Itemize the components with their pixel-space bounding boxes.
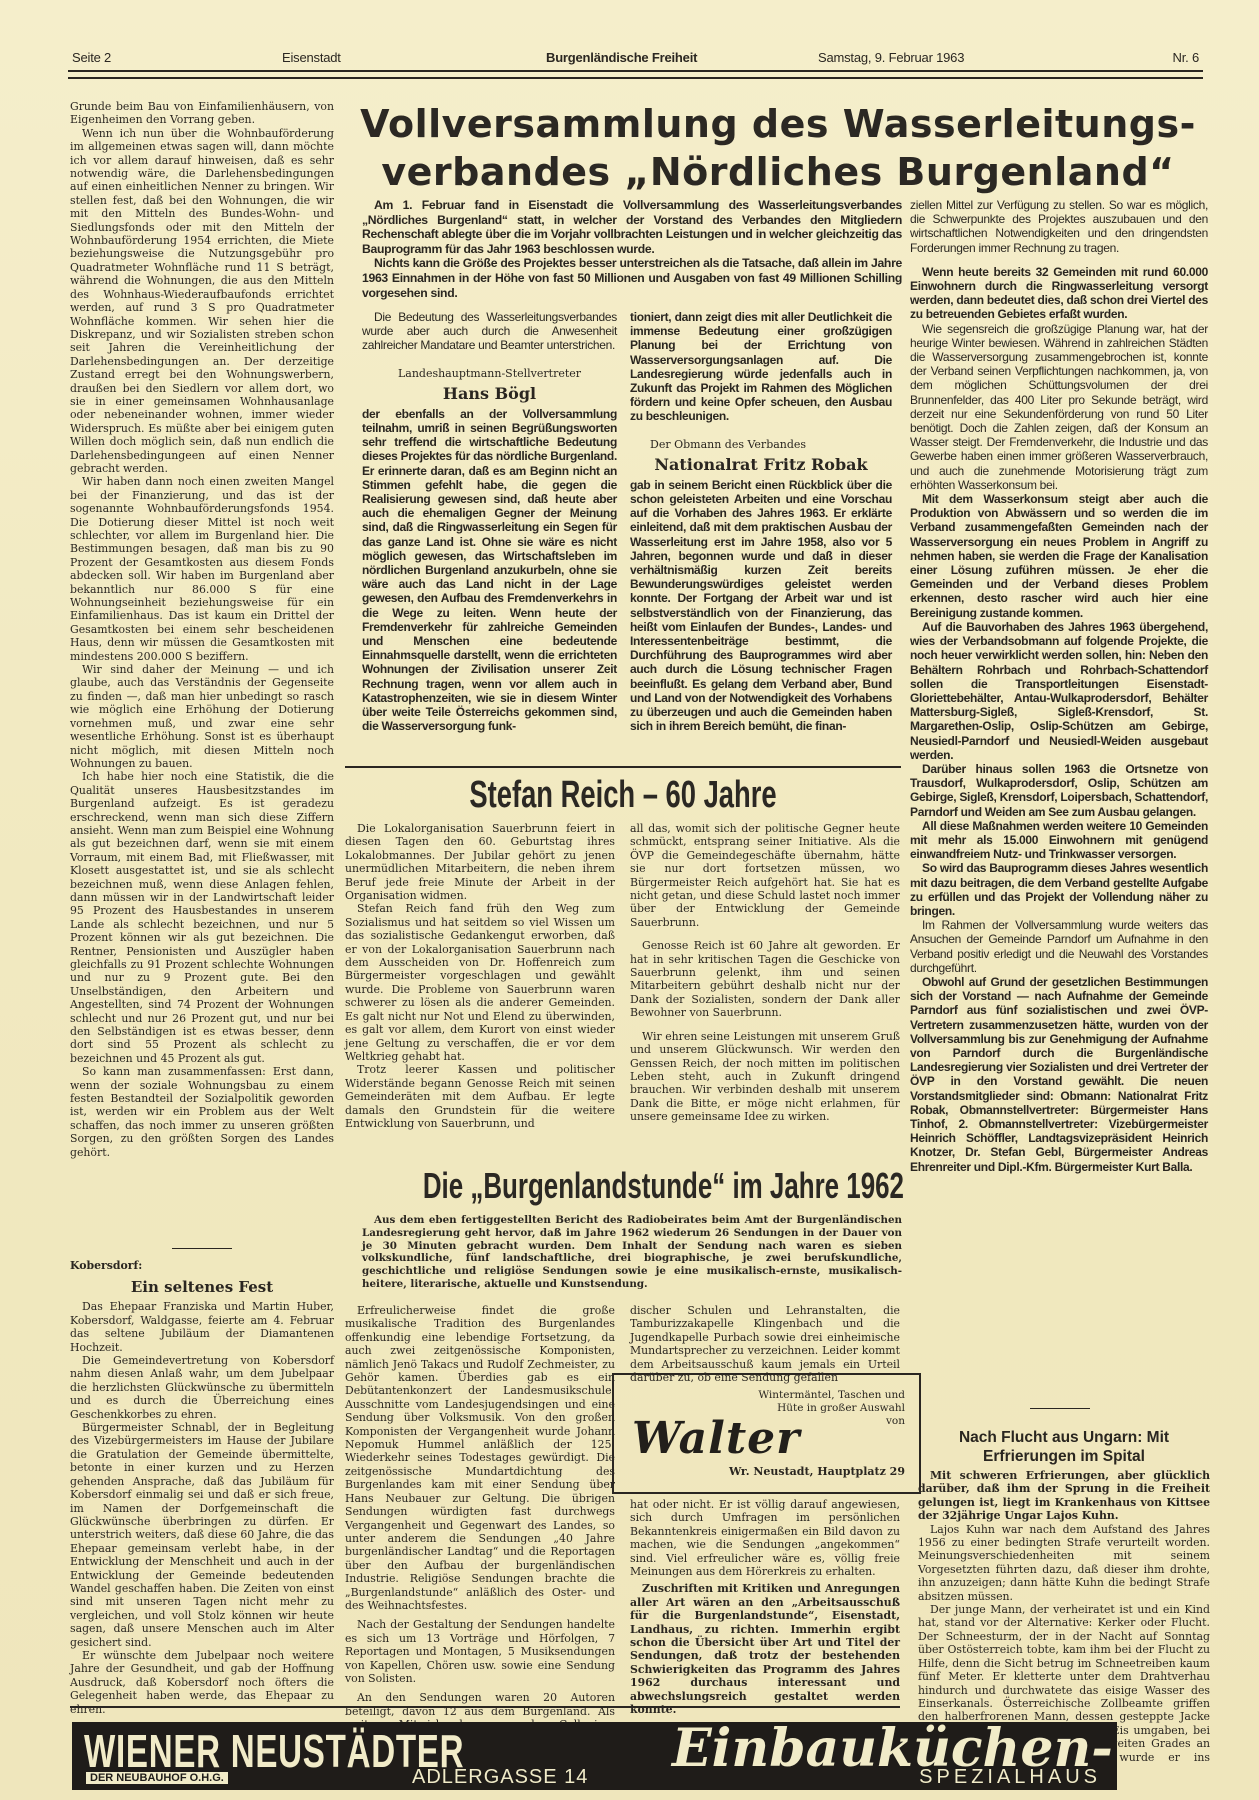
lead-text: Aus dem eben fertiggestellten Bericht de… — [362, 1214, 902, 1291]
masthead-rule — [68, 70, 1203, 79]
place-name: Eisenstadt — [282, 50, 341, 65]
paragraph: Obwohl auf Grund der gesetzlichen Bestim… — [910, 975, 1208, 1174]
lead-text: Mit schweren Erfrierungen, aber glücklic… — [918, 1469, 1210, 1523]
paragraph: Lajos Kuhn war nach dem Aufstand des Jah… — [918, 1523, 1210, 1603]
paragraph: Die Gemeindevertretung von Kobersdorf na… — [70, 1354, 334, 1421]
paragraph: Wir ehren seine Leistungen mit unserem G… — [630, 1030, 900, 1124]
section-divider — [345, 766, 901, 768]
burgenlandstunde-column-b-bottom: hat oder nicht. Er ist völlig darauf ang… — [630, 1498, 900, 1717]
subhead-name: Nationalrat Fritz Robak — [630, 456, 892, 474]
paragraph: Wir sind daher der Meinung — und ich gla… — [70, 663, 334, 770]
article-body: Das Ehepaar Franziska und Martin Huber, … — [70, 1300, 334, 1716]
reich-column-b: all das, womit sich der politische Gegne… — [630, 822, 900, 1124]
ad-company-subtitle: DER NEUBAUHOF O.H.G. — [86, 1772, 228, 1784]
column-housing-article: Grunde beim Bau von Einfamilienhäusern, … — [70, 100, 334, 1159]
newspaper-page: Seite 2 Eisenstadt Burgenländische Freih… — [0, 0, 1259, 1800]
paragraph: Genosse Reich ist 60 Jahre alt geworden.… — [630, 939, 900, 1019]
subhead-name: Hans Bögl — [362, 385, 617, 403]
bottom-divider — [70, 1706, 900, 1708]
ad-company-name: WIENER NEUSTÄDTER — [84, 1724, 464, 1778]
reich-column-a: Die Lokalorganisation Sauerbrunn feiert … — [345, 822, 615, 1130]
paragraph: So kann man zusammenfassen: Erst dann, w… — [70, 1065, 334, 1159]
issue-number: Nr. 6 — [1173, 50, 1199, 65]
dateline: Kobersdorf: — [70, 1259, 334, 1272]
ad-brand-logo: Walter — [632, 1413, 800, 1464]
paragraph: Die Lokalorganisation Sauerbrunn feiert … — [345, 822, 615, 902]
subhead-role: Landeshauptmann-Stellvertreter — [362, 367, 617, 381]
paragraph: Wenn heute bereits 32 Gemeinden mit rund… — [910, 265, 1208, 322]
intro-text: Die Bedeutung des Wasserleitungsverbande… — [362, 310, 617, 353]
newspaper-name: Burgenländische Freiheit — [546, 50, 697, 65]
issue-date: Samstag, 9. Februar 1963 — [818, 50, 964, 65]
paragraph: Im Rahmen der Vollversammlung wurde weit… — [910, 918, 1208, 975]
paragraph: Darüber hinaus sollen 1963 die Ortsnetze… — [910, 762, 1208, 819]
paragraph: Mit dem Wasserkonsum steigt aber auch di… — [910, 492, 1208, 620]
paragraph: Ich habe hier noch eine Statistik, die d… — [70, 770, 334, 1065]
body-text: gab in seinem Bericht einen Rückblick üb… — [630, 478, 892, 734]
divider — [172, 1248, 232, 1249]
paragraph: all das, womit sich der politische Gegne… — [630, 822, 900, 929]
burgenlandstunde-lead: Aus dem eben fertiggestellten Bericht de… — [362, 1214, 902, 1291]
paragraph: hat oder nicht. Er ist völlig darauf ang… — [630, 1498, 900, 1578]
ad-subtitle: SPEZIALHAUS — [919, 1766, 1101, 1789]
paragraph: Zuschriften mit Kritiken und Anregungen … — [630, 1582, 900, 1716]
article-title: Ein seltenes Fest — [70, 1278, 334, 1296]
einbaukuechen-advertisement: WIENER NEUSTÄDTER DER NEUBAUHOF O.H.G. A… — [72, 1722, 1117, 1790]
paragraph: Wenn ich nun über die Wohnbauförderung i… — [70, 127, 334, 476]
paragraph: Wir haben dann noch einen zweiten Mangel… — [70, 475, 334, 663]
main-article-column-b: tioniert, dann zeigt dies mit aller Deut… — [630, 310, 892, 733]
main-headline: Vollversammlung des Wasserleitungs- verb… — [348, 100, 1208, 196]
paragraph: So wird das Bauprogramm dieses Jahres we… — [910, 861, 1208, 918]
headline-line-2: verbandes „Nördliches Burgenland“ — [348, 148, 1208, 196]
body-text: der ebenfalls an der Vollversammlung tei… — [362, 407, 617, 734]
paragraph: Grunde beim Bau von Einfamilienhäusern, … — [70, 100, 334, 127]
paragraph: Wie segensreich die großzügige Planung w… — [910, 322, 1208, 492]
burgenlandstunde-column-a: Erfreulicherweise findet die große musik… — [345, 1304, 615, 1772]
reich-headline: Stefan Reich – 60 Jahre — [423, 772, 823, 818]
paragraph: Nichts kann die Größe des Projektes bess… — [362, 256, 902, 300]
main-article-lead: Am 1. Februar fand in Eisenstadt die Vol… — [362, 198, 902, 300]
paragraph: Trotz leerer Kassen und politischer Wide… — [345, 1063, 615, 1130]
paragraph: Bürgermeister Schnabl, der in Begleitung… — [70, 1421, 334, 1649]
paragraph: Erfreulicherweise findet die große musik… — [345, 1304, 615, 1612]
page-number: Seite 2 — [72, 50, 111, 65]
paragraph: ziellen Mittel zur Verfügung zu stellen.… — [910, 198, 1208, 255]
paragraph: Auf die Bauvorhaben des Jahres 1963 über… — [910, 620, 1208, 762]
kobersdorf-article: Kobersdorf: Ein seltenes Fest Das Ehepaa… — [70, 1262, 334, 1716]
burgenlandstunde-headline: Die „Burgenlandstunde“ im Jahre 1962 — [423, 1164, 823, 1208]
paragraph: Am 1. Februar fand in Eisenstadt die Vol… — [362, 198, 902, 256]
headline-line-1: Vollversammlung des Wasserleitungs- — [348, 100, 1208, 148]
paragraph: All diese Maßnahmen werden weitere 10 Ge… — [910, 819, 1208, 862]
intro-text: tioniert, dann zeigt dies mit aller Deut… — [630, 310, 892, 424]
subhead-role: Der Obmann des Verbandes — [630, 438, 892, 452]
ad-address: Wr. Neustadt, Hauptplatz 29 — [729, 1465, 905, 1478]
main-article-column-a: Die Bedeutung des Wasserleitungsverbande… — [362, 310, 617, 733]
divider — [1030, 1408, 1090, 1409]
ad-address: ADLERGASSE 14 — [412, 1766, 588, 1789]
paragraph: Nach der Gestaltung der Sendungen handel… — [345, 1618, 615, 1685]
main-article-column-c: ziellen Mittel zur Verfügung zu stellen.… — [910, 198, 1208, 1174]
walter-advertisement: Wintermäntel, Taschen und Hüte in großer… — [612, 1373, 921, 1494]
paragraph: Stefan Reich fand früh den Weg zum Sozia… — [345, 902, 615, 1063]
article-title: Nach Flucht aus Ungarn: Mit Erfrierungen… — [918, 1428, 1210, 1466]
paragraph: Das Ehepaar Franziska und Martin Huber, … — [70, 1300, 334, 1354]
masthead: Seite 2 Eisenstadt Burgenländische Freih… — [68, 48, 1203, 70]
